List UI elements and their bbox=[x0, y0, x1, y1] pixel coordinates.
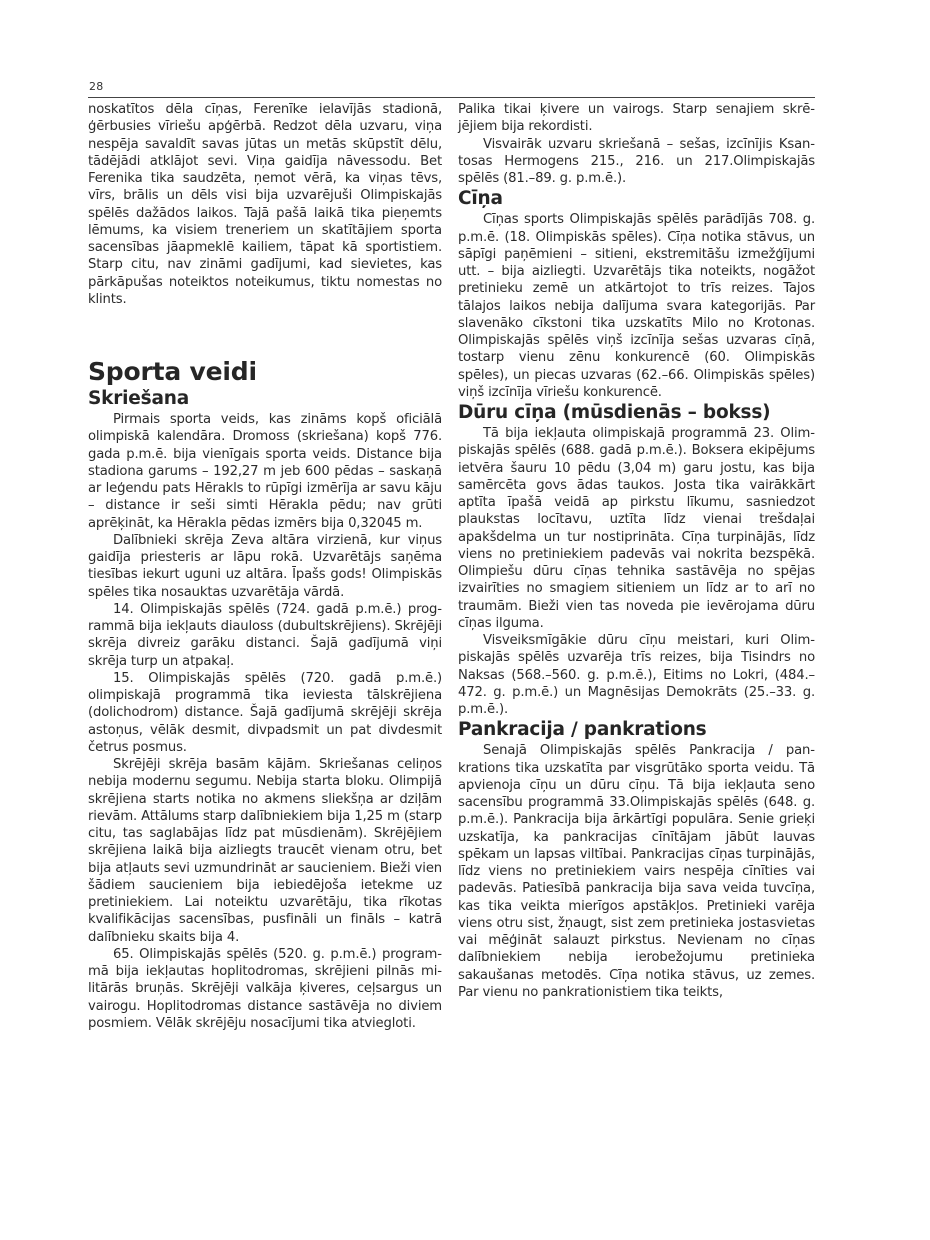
paragraph: 14. Olimpiskajās spēlēs (724. gadā p.m.ē… bbox=[88, 601, 442, 670]
subsection-title-cina: Cīņa bbox=[458, 187, 815, 211]
header-rule bbox=[88, 97, 815, 98]
paragraph: Visveiksmīgākie dūru cīņu meistari, kuri… bbox=[458, 632, 815, 718]
intro-paragraph: noskatītos dēla cīņas, Ferenīke ielavījā… bbox=[88, 101, 442, 308]
paragraph: Visvairāk uzvaru skriešanā – sešas, izcī… bbox=[458, 136, 815, 188]
paragraph-continued: Palika tikai ķivere un vairogs. Starp se… bbox=[458, 101, 815, 136]
subsection-title-duru-cina: Dūru cīņa (mūsdienās – bokss) bbox=[458, 401, 815, 425]
left-column: noskatītos dēla cīņas, Ferenīke ielavījā… bbox=[88, 101, 442, 1032]
section-title-sporta-veidi: Sporta veidi bbox=[88, 357, 442, 387]
paragraph: Skrējēji skrēja basām kājām. Skriešanas … bbox=[88, 756, 442, 946]
page-number: 28 bbox=[89, 80, 103, 93]
paragraph: 65. Olimpiskajās spēlēs (520. g. p.m.ē.)… bbox=[88, 946, 442, 1032]
paragraph: Pirmais sporta veids, kas zināms kopš of… bbox=[88, 411, 442, 532]
paragraph: Cīņas sports Olimpiskajās spēlēs parādīj… bbox=[458, 211, 815, 401]
paragraph: Senajā Olimpiskajās spēlēs Pankracija / … bbox=[458, 742, 815, 1001]
paragraph: Tā bija iekļauta olimpiskajā programmā 2… bbox=[458, 425, 815, 632]
paragraph: Dalībnieki skrēja Zeva altāra virzienā, … bbox=[88, 532, 442, 601]
paragraph: 15. Olimpiskajās spēlēs (720. gadā p.m.ē… bbox=[88, 670, 442, 756]
subsection-title-pankracija: Pankracija / pankrations bbox=[458, 718, 815, 742]
subsection-title-skriesana: Skriešana bbox=[88, 387, 442, 411]
right-column: Palika tikai ķivere un vairogs. Starp se… bbox=[458, 101, 815, 1001]
